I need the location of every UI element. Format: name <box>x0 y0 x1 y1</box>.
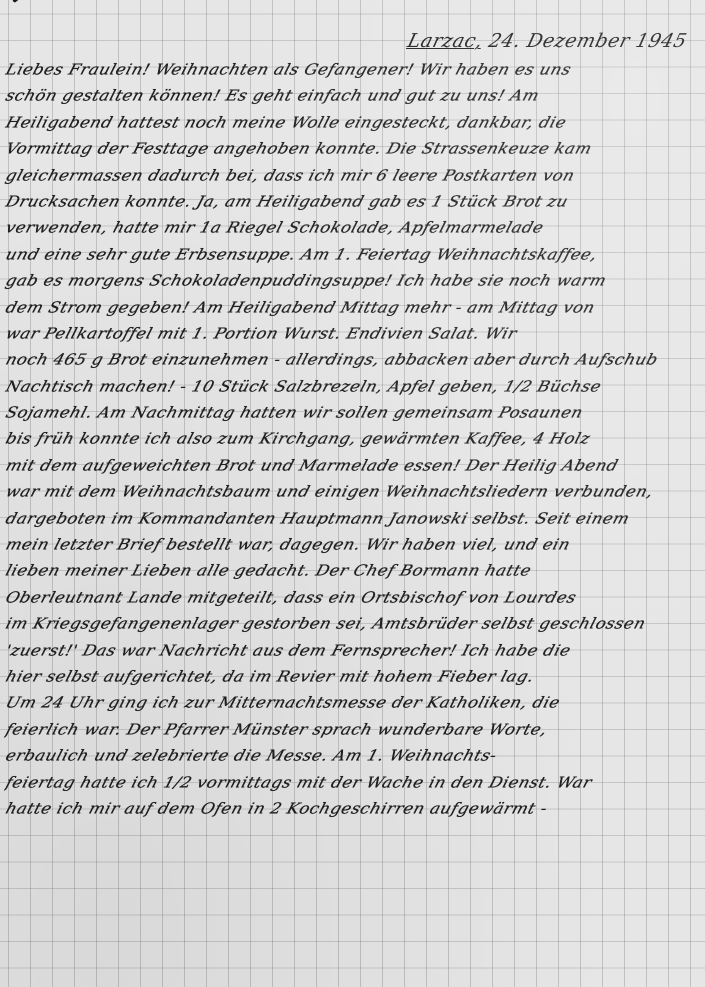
letter-body: Liebes Fraulein! Weihnachten als Gefange… <box>6 57 705 822</box>
letter-line: Liebes Fraulein! Weihnachten als Gefange… <box>3 58 705 82</box>
letter-line: war Pellkartoffel mit 1. Portion Wurst. … <box>3 322 705 346</box>
letter-line: verwenden, hatte mir 1a Riegel Schokolad… <box>3 216 705 240</box>
corner-pen-mark <box>12 0 28 3</box>
letter-line: erbaulich und zelebrierte die Messe. Am … <box>3 744 705 768</box>
letter-line: Sojamehl. Am Nachmittag hatten wir solle… <box>3 401 705 425</box>
letter-line: war mit dem Weihnachtsbaum und einigen W… <box>3 480 705 504</box>
letter-line: Oberleutnant Lande mitgeteilt, dass ein … <box>3 586 705 610</box>
letter-line: mein letzter Brief bestellt war, dagegen… <box>3 533 705 557</box>
letter-line: lieben meiner Lieben alle gedacht. Der C… <box>3 559 705 583</box>
letter-line: gleichermassen dadurch bei, dass ich mir… <box>3 164 705 188</box>
blank-grid-area <box>0 907 705 987</box>
letter-line: Um 24 Uhr ging ich zur Mitternachtsmesse… <box>3 691 705 715</box>
letter-line: im Kriegsgefangenenlager gestorben sei, … <box>3 612 705 636</box>
letter-line: bis früh konnte ich also zum Kirchgang, … <box>3 428 705 452</box>
letter-line: Vormittag der Festtage angehoben konnte.… <box>3 137 705 161</box>
letter-line: feiertag hatte ich 1/2 vormittags mit de… <box>3 771 705 795</box>
letter-line: Nachtisch machen! - 10 Stück Salzbrezeln… <box>3 375 705 399</box>
letter-line: hier selbst aufgerichtet, da im Revier m… <box>3 665 705 689</box>
letter-line: schön gestalten können! Es geht einfach … <box>3 84 705 108</box>
letter-date: 24. Dezember 1945 <box>486 30 689 52</box>
letter-line: Heiligabend hattest noch meine Wolle ein… <box>3 111 705 135</box>
letter-line: gab es morgens Schokoladenpuddingsuppe! … <box>3 269 705 293</box>
letter-line: dargeboten im Kommandanten Hauptmann Jan… <box>3 507 705 531</box>
letter-line: mit dem aufgeweichten Brot und Marmelade… <box>3 454 705 478</box>
letter-dateline: Larzac, 24. Dezember 1945 <box>405 30 689 52</box>
letter-line: feierlich war. Der Pfarrer Münster sprac… <box>3 718 705 742</box>
letter-line: und eine sehr gute Erbsensuppe. Am 1. Fe… <box>3 243 705 267</box>
letter-line: dem Strom gegeben! Am Heiligabend Mittag… <box>3 296 705 320</box>
letter-line: hatte ich mir auf dem Ofen in 2 Kochgesc… <box>3 797 705 821</box>
letter-page: Larzac, 24. Dezember 1945 Liebes Fraulei… <box>0 0 705 987</box>
letter-place: Larzac, <box>405 30 485 52</box>
letter-line: 'zuerst!' Das war Nachricht aus dem Fern… <box>3 639 705 663</box>
letter-line: Drucksachen konnte. Ja, am Heiligabend g… <box>3 190 705 214</box>
letter-line: noch 465 g Brot einzunehmen - allerdings… <box>3 348 705 372</box>
